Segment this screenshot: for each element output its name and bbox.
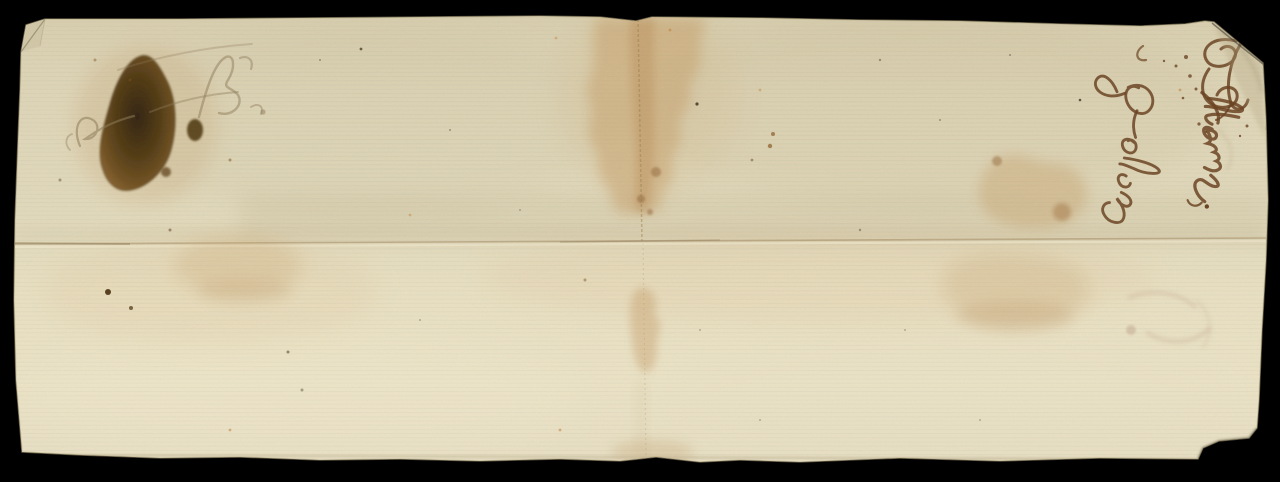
paper-grain <box>0 0 1280 482</box>
scanner-background <box>0 0 1280 482</box>
scanned-letter-image <box>0 0 1280 482</box>
paper-sheet <box>0 0 1280 482</box>
